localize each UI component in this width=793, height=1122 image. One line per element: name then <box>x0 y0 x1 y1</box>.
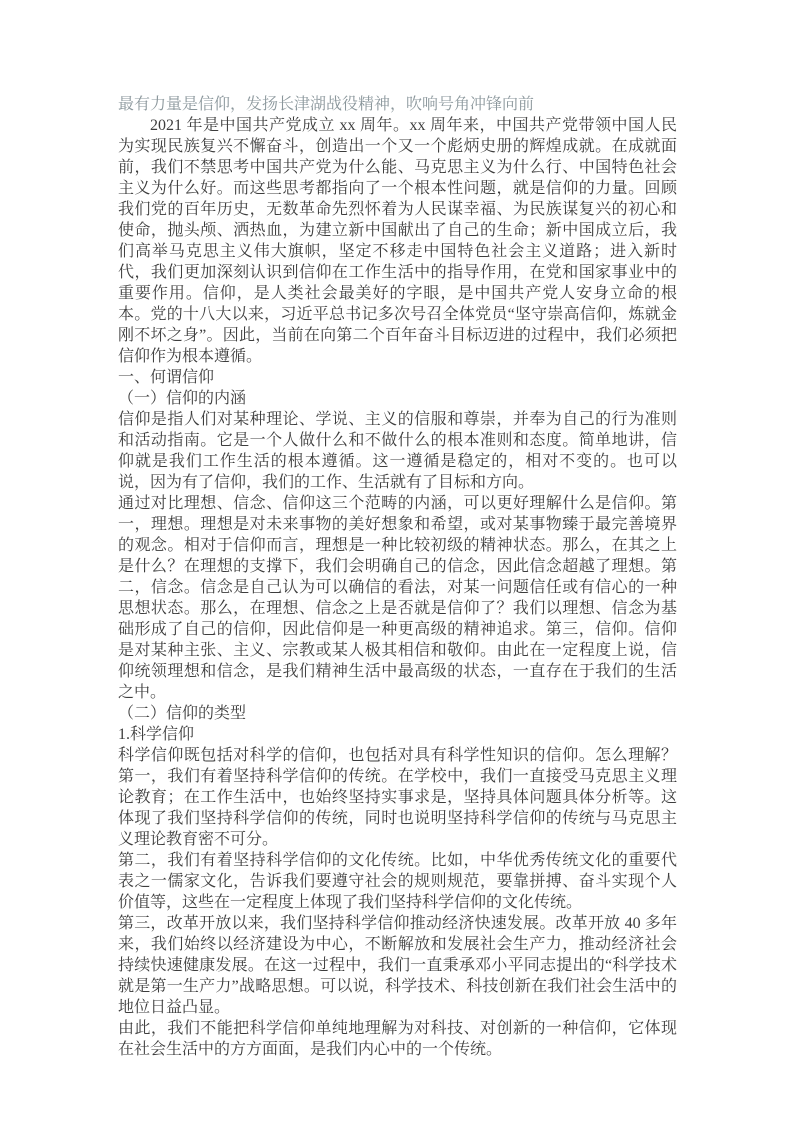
paragraph-intro: 2021 年是中国共产党成立 xx 周年。xx 周年来，中国共产党带领中国人民为… <box>118 115 677 367</box>
heading-sub-1-1: （一）信仰的内涵 <box>118 388 677 409</box>
document-title: 最有力量是信仰，发扬长津湖战役精神，吹响号角冲锋向前 <box>118 94 677 115</box>
heading-section-1: 一、何谓信仰 <box>118 367 677 388</box>
paragraph-ideal-conviction-belief: 通过对比理想、信念、信仰这三个范畴的内涵，可以更好理解什么是信仰。第一，理想。理… <box>118 493 677 703</box>
heading-item-1: 1.科学信仰 <box>118 724 677 745</box>
heading-sub-1-2: （二）信仰的类型 <box>118 703 677 724</box>
paragraph-science-belief-2: 第二，我们有着坚持科学信仰的文化传统。比如，中华优秀传统文化的重要代表之一儒家文… <box>118 850 677 913</box>
paragraph-science-belief-summary: 由此，我们不能把科学信仰单纯地理解为对科技、对创新的一种信仰，它体现在社会生活中… <box>118 1018 677 1060</box>
paragraph-science-belief-1: 科学信仰既包括对科学的信仰，也包括对具有科学性知识的信仰。怎么理解？第一，我们有… <box>118 745 677 850</box>
paragraph-science-belief-3: 第三，改革开放以来，我们坚持科学信仰推动经济快速发展。改革开放 40 多年来，我… <box>118 913 677 1018</box>
paragraph-belief-definition: 信仰是指人们对某种理论、学说、主义的信服和尊崇，并奉为自己的行为准则和活动指南。… <box>118 409 677 493</box>
document-page: 最有力量是信仰，发扬长津湖战役精神，吹响号角冲锋向前 2021 年是中国共产党成… <box>0 0 793 1122</box>
document-body: 2021 年是中国共产党成立 xx 周年。xx 周年来，中国共产党带领中国人民为… <box>118 115 677 1060</box>
